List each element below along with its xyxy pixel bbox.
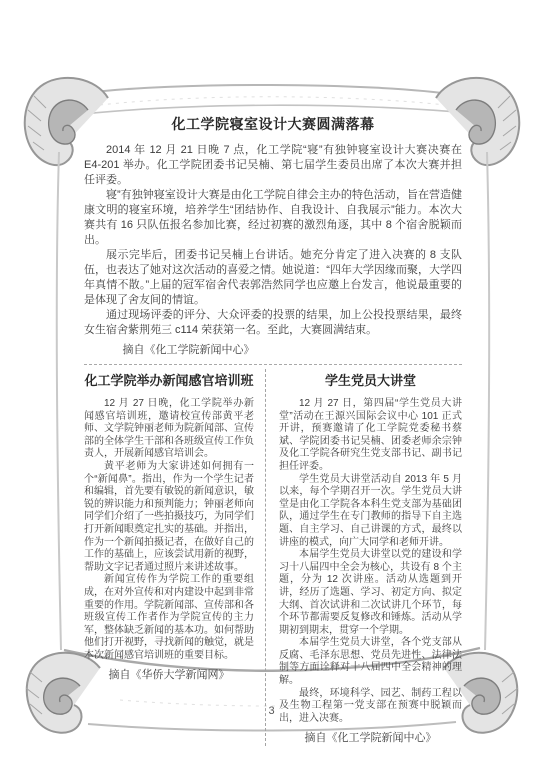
party-lecture-attribution: 摘自《化工学院新闻中心》 — [279, 731, 462, 746]
dorm-design-contest-article: 化工学院寝室设计大赛圆满落幕 2014 年 12 月 21 日晚 7 点，化工学… — [84, 114, 462, 358]
party-lecture-title: 学生党员大讲堂 — [279, 372, 462, 389]
news-training-title: 化工学院举办新闻感官培训班 — [84, 372, 254, 389]
page-content: 化工学院寝室设计大赛圆满落幕 2014 年 12 月 21 日晚 7 点，化工学… — [84, 114, 462, 746]
news-training-paragraph: 黄平老师为大家讲述如何拥有一个“新闻鼻”。指出，作为一个学生记者和编辑，首先要有… — [84, 461, 254, 574]
main-article-paragraph: 2014 年 12 月 21 日晚 7 点，化工学院“寝”有独钟寝室设计大赛决赛… — [84, 143, 462, 188]
party-lecture-article: 学生党员大讲堂 12 月 27 日，第四届“学生党员大讲堂”活动在王源兴国际会议… — [266, 369, 462, 746]
main-article-paragraph: 展示完毕后，团委书记吴楠上台讲话。她充分肯定了进入决赛的 8 支队伍，也表达了她… — [84, 248, 462, 308]
news-training-attribution: 摘自《华侨大学新闻网》 — [84, 668, 254, 683]
section-divider — [84, 364, 462, 365]
party-lecture-paragraph: 学生党员大讲堂活动自 2013 年 5 月以来，每个学期召开一次。学生党员大讲堂… — [279, 474, 462, 550]
main-article-attribution: 摘自《化工学院新闻中心》 — [123, 343, 463, 358]
main-article-paragraph: 通过现场评委的评分、大众评委的投票的结果，加上公投投票结果，最终女生宿舍紫荆苑三… — [84, 308, 462, 338]
party-lecture-paragraph: 本届学生党员大讲堂以党的建设和学习十八届四中全会为核心，共设有 8 个主题，分为… — [279, 549, 462, 637]
newsletter-page: 化工学院寝室设计大赛圆满落幕 2014 年 12 月 21 日晚 7 点，化工学… — [0, 0, 543, 768]
news-training-paragraph: 新闻宣传作为学院工作的重要组成，在对外宣传和对内建设中起到非常重要的作用。学院新… — [84, 574, 254, 662]
main-article-paragraph: 寝”有独钟寝室设计大赛是由化工学院自律会主办的特色活动，旨在营造健康文明的寝室环… — [84, 188, 462, 248]
two-column-section: 化工学院举办新闻感官培训班 12 月 27 日晚，化工学院举办新闻感官培训班，邀… — [84, 369, 462, 746]
news-training-article: 化工学院举办新闻感官培训班 12 月 27 日晚，化工学院举办新闻感官培训班，邀… — [84, 369, 266, 746]
main-article-title: 化工学院寝室设计大赛圆满落幕 — [84, 114, 462, 134]
news-training-paragraph: 12 月 27 日晚，化工学院举办新闻感官培训班，邀请校宣传部黄平老师、文学院钟… — [84, 398, 254, 461]
party-lecture-paragraph: 12 月 27 日，第四届“学生党员大讲堂”活动在王源兴国际会议中心 101 正… — [279, 398, 462, 474]
page-number: 3 — [0, 705, 543, 717]
party-lecture-paragraph: 本届学生党员大讲堂，各个党支部从反腐、毛泽东思想、党员先进性、法律法制等方面诠释… — [279, 637, 462, 687]
